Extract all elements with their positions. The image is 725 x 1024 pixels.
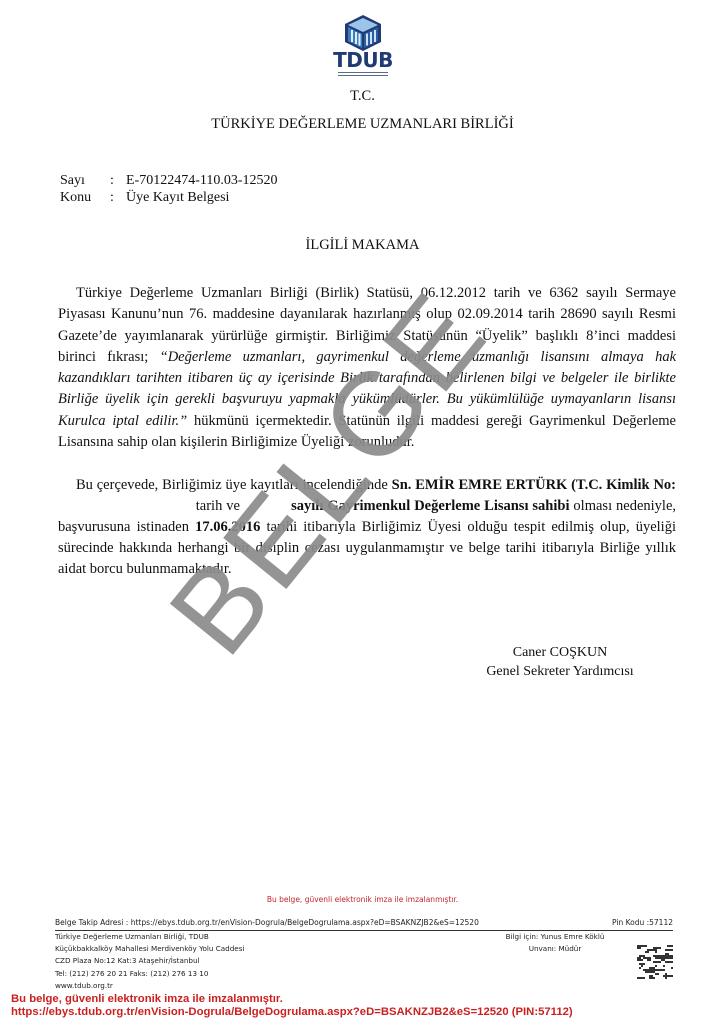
esign-note: Bu belge, güvenli elektronik imza ile im… xyxy=(0,895,725,904)
signatory-name: Caner COŞKUN xyxy=(470,643,650,662)
sayi-colon: : xyxy=(110,172,126,189)
addressee-heading: İLGİLİ MAKAMA xyxy=(0,237,725,254)
building-cube-logo-icon xyxy=(343,14,383,52)
pin-code: Pin Kodu :57112 xyxy=(612,918,673,927)
logo-wordmark: TDUB xyxy=(330,49,396,71)
sayi-label: Sayı xyxy=(60,172,110,189)
sayi-value: E-70122474-110.03-12520 xyxy=(126,172,278,189)
member-name: Sn. EMİR EMRE ERTÜRK (T.C. Kimlik No: xyxy=(392,477,676,493)
logo-tagline xyxy=(338,72,388,77)
footer-contact: Bilgi için: Yunus Emre Köklü Unvanı: Müd… xyxy=(480,931,630,955)
address-line: CZD Plaza No:12 Kat:3 Ataşehir/İstanbul xyxy=(55,955,244,967)
signature-block: Caner COŞKUN Genel Sekreter Yardımcısı xyxy=(470,643,650,681)
qr-code-icon xyxy=(637,945,673,979)
footer-address: Türkiye Değerleme Uzmanları Birliği, TDU… xyxy=(55,931,244,992)
tracking-url-link[interactable]: Belge Takip Adresi : https://ebys.tdub.o… xyxy=(55,918,479,927)
bottom-esign-text: Bu belge, güvenli elektronik imza ile im… xyxy=(11,993,573,1006)
country-heading: T.C. xyxy=(0,88,725,105)
tdub-logo: TDUB xyxy=(330,12,396,80)
bottom-verification-link[interactable]: https://ebys.tdub.org.tr/enVision-Dogrul… xyxy=(11,1006,573,1019)
contact-person: Bilgi için: Yunus Emre Köklü xyxy=(480,931,630,943)
redacted-id-number xyxy=(58,498,192,514)
tracking-line: Belge Takip Adresi : https://ebys.tdub.o… xyxy=(55,918,673,931)
konu-value: Üye Kayıt Belgesi xyxy=(126,189,229,206)
address-line: Küçükbakkalköy Mahallesi Merdivenköy Yol… xyxy=(55,943,244,955)
address-line: Türkiye Değerleme Uzmanları Birliği, TDU… xyxy=(55,931,244,943)
bottom-verification-note: Bu belge, güvenli elektronik imza ile im… xyxy=(11,993,573,1019)
meta-sayi-row: Sayı:E-70122474-110.03-12520 xyxy=(60,172,278,189)
phone-line: Tel: (212) 276 20 21 Faks: (212) 276 13 … xyxy=(55,968,244,980)
organization-heading: TÜRKİYE DEĞERLEME UZMANLARI BİRLİĞİ xyxy=(0,116,725,133)
meta-konu-row: Konu:Üye Kayıt Belgesi xyxy=(60,189,229,206)
konu-label: Konu xyxy=(60,189,110,206)
contact-title: Unvanı: Müdür xyxy=(480,943,630,955)
signatory-title: Genel Sekreter Yardımcısı xyxy=(470,662,650,681)
konu-colon: : xyxy=(110,189,126,206)
website-link[interactable]: www.tdub.org.tr xyxy=(55,980,244,992)
